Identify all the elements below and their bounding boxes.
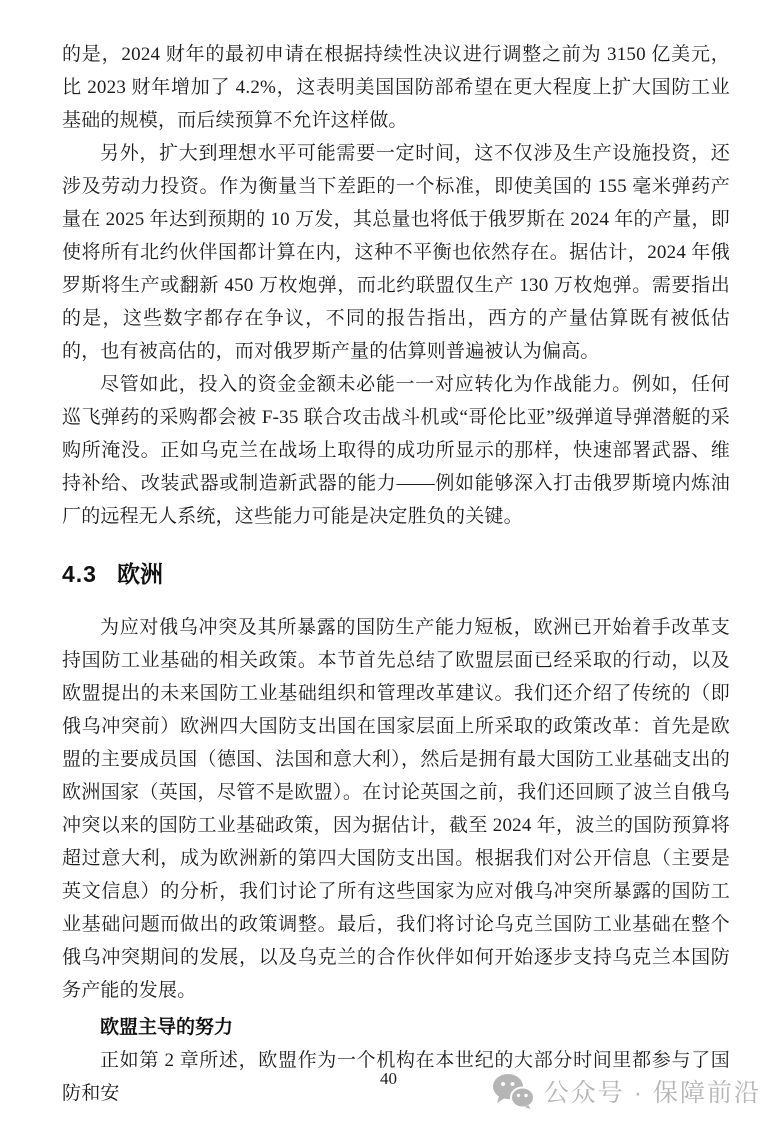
section-title: 欧洲 [117, 561, 163, 587]
document-content: 的是，2024 财年的最初申请在根据持续性决议进行调整之前为 3150 亿美元，… [62, 0, 730, 1110]
paragraph: 另外，扩大到理想水平可能需要一定时间，这不仅涉及生产设施投资，还涉及劳动力投资。… [62, 137, 730, 368]
wechat-icon [492, 1073, 534, 1109]
document-page: 的是，2024 财年的最初申请在根据持续性决议进行调整之前为 3150 亿美元，… [0, 0, 777, 1121]
section-heading: 4.3欧洲 [62, 559, 730, 589]
paragraph: 为应对俄乌冲突及其所暴露的国防生产能力短板，欧洲已开始着手改革支持国防工业基础的… [62, 611, 730, 1007]
watermark: 公众号 · 保障前沿 [492, 1073, 761, 1109]
watermark-text: 公众号 · 保障前沿 [544, 1073, 761, 1109]
paragraph-continuation: 的是，2024 财年的最初申请在根据持续性决议进行调整之前为 3150 亿美元，… [62, 38, 730, 137]
subsection-heading: 欧盟主导的努力 [62, 1011, 730, 1044]
section-number: 4.3 [62, 561, 97, 587]
paragraph: 尽管如此，投入的资金金额未必能一一对应转化为作战能力。例如，任何巡飞弹药的采购都… [62, 368, 730, 533]
